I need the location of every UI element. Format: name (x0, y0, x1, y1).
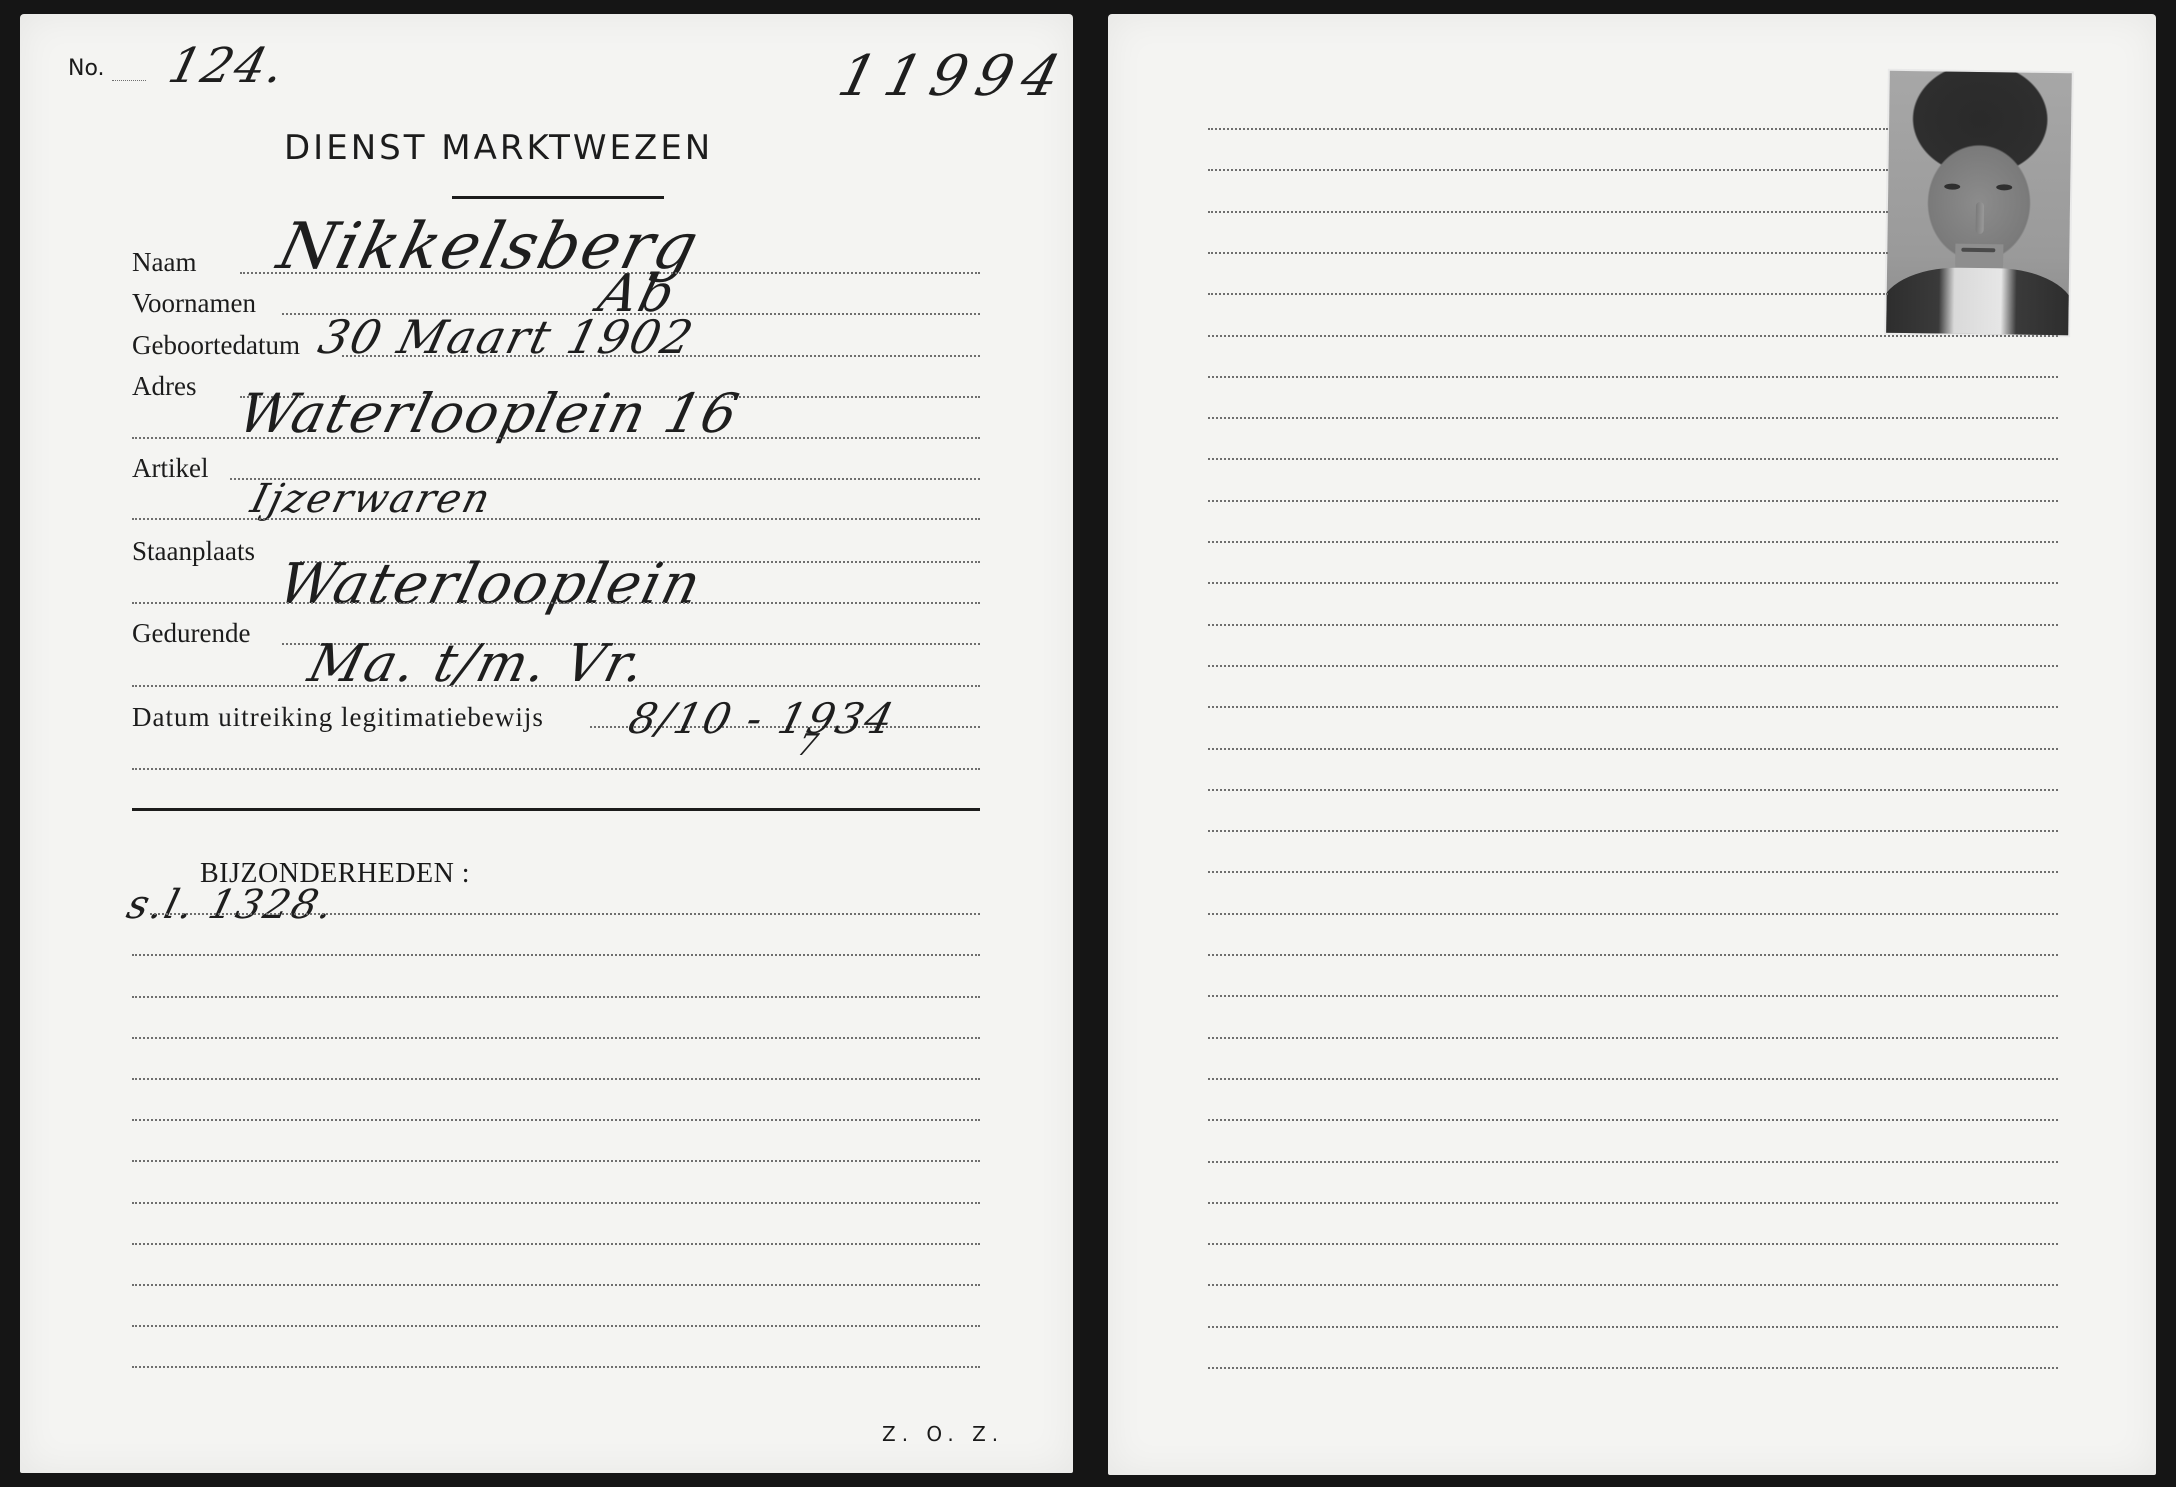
photo-eye-right (1996, 184, 2012, 190)
ruled-line (1208, 706, 2058, 708)
naam-label: Naam (132, 249, 196, 276)
ruled-line (1208, 211, 1888, 213)
ruled-line (1208, 1284, 2058, 1286)
photo-nose (1976, 202, 1984, 234)
gedurende-label: Gedurende (132, 620, 250, 647)
ruled-line (1208, 293, 1888, 295)
bijzonderheden-value: s.l. 1328. (122, 882, 339, 928)
voornamen-label: Voornamen (132, 290, 256, 317)
ruled-line (1208, 871, 2058, 873)
photo-eye-left (1944, 184, 1960, 190)
ruled-line (1208, 830, 2058, 832)
adres-value-line (132, 437, 980, 439)
notes-line (132, 1366, 980, 1368)
notes-line (150, 913, 980, 915)
ruled-line (1208, 376, 2058, 378)
ruled-line (1208, 169, 1888, 171)
gedurende-value-line (132, 685, 980, 687)
ruled-line (1208, 335, 2058, 337)
ruled-line (1208, 252, 1888, 254)
ruled-line (1208, 665, 2058, 667)
notes-line (132, 1037, 980, 1039)
zoz-footer: Z. O. Z. (882, 1422, 1004, 1446)
ruled-line (1208, 1243, 2058, 1245)
geboortedatum-label: Geboortedatum (132, 332, 300, 359)
portrait-photo (1886, 71, 2072, 336)
page-title: DIENST MARKTWEZEN (284, 128, 713, 168)
notes-line (132, 954, 980, 956)
notes-line (132, 1284, 980, 1286)
artikel-label: Artikel (132, 455, 208, 482)
title-underline (452, 196, 664, 199)
ruled-line (1208, 995, 2058, 997)
datum-uitreiking-label: Datum uitreiking legitimatiebewijs (132, 704, 544, 731)
artikel-value: Ijzerwaren (246, 476, 496, 522)
ruled-line (1208, 128, 1888, 130)
ruled-line (1208, 1078, 2058, 1080)
blank-line (132, 768, 980, 770)
ruled-line (1208, 541, 2058, 543)
ruled-line (1208, 417, 2058, 419)
photo-mouth (1961, 248, 1995, 252)
adres-value: Waterlooplein 16 (232, 382, 746, 445)
ruled-line (1208, 582, 2058, 584)
notes-line (132, 996, 980, 998)
ruled-line (1208, 624, 2058, 626)
ruled-line (1208, 1037, 2058, 1039)
geboortedatum-line (342, 355, 980, 357)
ruled-line (1208, 1119, 2058, 1121)
ruled-line (1208, 1367, 2058, 1369)
datum-uitreiking-value: 8/10 - 1934 (624, 694, 900, 743)
registration-card-back (1108, 14, 2156, 1475)
notes-line (132, 1078, 980, 1080)
ruled-line (1208, 748, 2058, 750)
ruled-line (1208, 500, 2058, 502)
registration-card-front: No. 124. 11994 DIENST MARKTWEZEN Naam Ni… (20, 14, 1073, 1473)
notes-line (132, 1325, 980, 1327)
staanplaats-label: Staanplaats (132, 538, 255, 565)
archive-number: 11994 (832, 44, 1076, 109)
notes-line (132, 1243, 980, 1245)
staanplaats-value: Waterlooplein (272, 552, 709, 617)
ruled-line (1208, 1202, 2058, 1204)
section-divider (132, 808, 980, 811)
card-number: 124. (163, 38, 292, 94)
ruled-line (1208, 458, 2058, 460)
ruled-line (1208, 913, 2058, 915)
ruled-line (1208, 1161, 2058, 1163)
photo-shoulders (1886, 267, 2072, 336)
artikel-value-line (132, 518, 980, 520)
ruled-line (1208, 789, 2058, 791)
notes-line (132, 1202, 980, 1204)
number-label: No. (68, 56, 105, 81)
number-underline (112, 80, 146, 81)
notes-line (132, 1119, 980, 1121)
adres-label: Adres (132, 373, 196, 400)
ruled-line (1208, 954, 2058, 956)
staanplaats-value-line (132, 602, 980, 604)
notes-line (132, 1160, 980, 1162)
ruled-line (1208, 1326, 2058, 1328)
